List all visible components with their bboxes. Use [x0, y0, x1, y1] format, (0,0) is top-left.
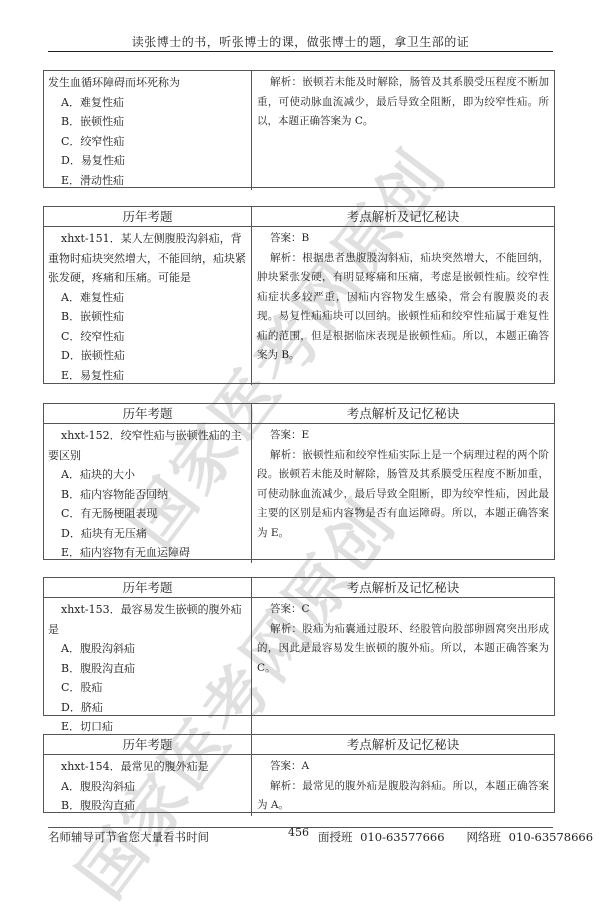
question-stem: xhxt-154．最常见的腹外疝是 — [48, 757, 247, 777]
answer-text: 答案：E — [257, 426, 549, 446]
option-d: D．疝块有无压痛 — [48, 524, 247, 544]
question-table-154: 历年考题 考点解析及记忆秘诀 xhxt-154．最常见的腹外疝是 A．腹股沟斜疝… — [43, 734, 555, 813]
page-header-slogan: 读张博士的书，听张博士的课，做张博士的题，拿卫生部的证 — [48, 33, 553, 50]
explanation-text: 解析：股疝为疝囊通过股环、经股管向股部卵圆窝突出形成的，因此是最容易发生嵌顿的腹… — [257, 620, 549, 679]
column-header-analysis: 考点解析及记忆秘诀 — [252, 404, 554, 424]
option-b: B．嵌顿性疝 — [48, 307, 247, 327]
explanation-text: 解析：嵌顿若未能及时解除，肠管及其系膜受压程度不断加重，可使动脉血流减少，最后导… — [257, 73, 549, 132]
analysis-cell: 解析：嵌顿若未能及时解除，肠管及其系膜受压程度不断加重，可使动脉血流减少，最后导… — [252, 71, 554, 190]
column-header-past-questions: 历年考题 — [44, 578, 252, 598]
option-a: A．腹股沟斜疝 — [48, 777, 247, 797]
question-stem: xhxt-151．某人左侧腹股沟斜疝，背重物时疝块突然增大，不能回纳，疝块紧张发… — [48, 229, 247, 288]
option-b: B．腹股沟直疝 — [48, 659, 247, 679]
option-d: D．脐疝 — [48, 698, 247, 718]
option-d: D．易复性疝 — [48, 151, 247, 171]
column-header-analysis: 考点解析及记忆秘诀 — [252, 578, 554, 598]
option-c: C．绞窄性疝 — [48, 132, 247, 152]
question-table-continued: 发生血循环障碍而坏死称为 A．难复性疝 B．嵌顿性疝 C．绞窄性疝 D．易复性疝… — [43, 70, 555, 188]
explanation-text: 解析：嵌顿性疝和绞窄性疝实际上是一个病理过程的两个阶段。嵌顿若未能及时解除，肠管… — [257, 446, 549, 544]
option-b: B．嵌顿性疝 — [48, 112, 247, 132]
column-header-analysis: 考点解析及记忆秘诀 — [252, 735, 554, 755]
answer-text: 答案：A — [257, 757, 549, 777]
question-table-151: 历年考题 考点解析及记忆秘诀 xhxt-151．某人左侧腹股沟斜疝，背重物时疝块… — [43, 206, 555, 384]
option-b: B．疝内容物能否回纳 — [48, 485, 247, 505]
question-cell: xhxt-154．最常见的腹外疝是 A．腹股沟斜疝 B．腹股沟直疝 — [44, 755, 252, 816]
column-header-past-questions: 历年考题 — [44, 207, 252, 227]
option-a: A．难复性疝 — [48, 93, 247, 113]
option-b: B．腹股沟直疝 — [48, 796, 247, 816]
question-table-153: 历年考题 考点解析及记忆秘诀 xhxt-153．最容易发生嵌顿的腹外疝是 A．腹… — [43, 577, 555, 716]
footer-contacts: 面授班 010-63577666网络班 010-63578666 — [318, 829, 593, 845]
question-stem: 发生血循环障碍而坏死称为 — [48, 73, 247, 93]
page-number: 456 — [288, 826, 309, 839]
analysis-cell: 答案：A 解析：最常见的腹外疝是腹股沟斜疝。所以，本题正确答案为 A。 — [252, 755, 554, 816]
header-divider — [48, 51, 553, 52]
option-e: E．疝内容物有无血运障碍 — [48, 543, 247, 563]
analysis-cell: 答案：E 解析：嵌顿性疝和绞窄性疝实际上是一个病理过程的两个阶段。嵌顿若未能及时… — [252, 424, 554, 563]
column-header-analysis: 考点解析及记忆秘诀 — [252, 207, 554, 227]
contact-inperson-class: 面授班 010-63577666 — [318, 830, 445, 844]
question-cell: xhxt-152．绞窄性疝与嵌顿性疝的主要区别 A．疝块的大小 B．疝内容物能否… — [44, 424, 252, 563]
answer-text: 答案：B — [257, 229, 549, 249]
option-c: C．绞窄性疝 — [48, 327, 247, 347]
explanation-text: 解析：根据患者患腹股沟斜疝，疝块突然增大，不能回纳，肿块紧张发硬，有明显疼痛和压… — [257, 249, 549, 366]
question-stem: xhxt-152．绞窄性疝与嵌顿性疝的主要区别 — [48, 426, 247, 465]
question-cell: xhxt-151．某人左侧腹股沟斜疝，背重物时疝块突然增大，不能回纳，疝块紧张发… — [44, 227, 252, 385]
option-a: A．腹股沟斜疝 — [48, 639, 247, 659]
option-c: C．股疝 — [48, 678, 247, 698]
question-table-152: 历年考题 考点解析及记忆秘诀 xhxt-152．绞窄性疝与嵌顿性疝的主要区别 A… — [43, 403, 555, 560]
analysis-cell: 答案：C 解析：股疝为疝囊通过股环、经股管向股部卵圆窝突出形成的，因此是最容易发… — [252, 598, 554, 737]
option-a: A．疝块的大小 — [48, 465, 247, 485]
question-stem: xhxt-153．最容易发生嵌顿的腹外疝是 — [48, 600, 247, 639]
question-cell: xhxt-153．最容易发生嵌顿的腹外疝是 A．腹股沟斜疝 B．腹股沟直疝 C．… — [44, 598, 252, 737]
column-header-past-questions: 历年考题 — [44, 404, 252, 424]
footer-tagline: 名师辅导可节省您大量看书时间 — [48, 829, 209, 845]
question-cell: 发生血循环障碍而坏死称为 A．难复性疝 B．嵌顿性疝 C．绞窄性疝 D．易复性疝… — [44, 71, 252, 190]
explanation-text: 解析：最常见的腹外疝是腹股沟斜疝。所以，本题正确答案为 A。 — [257, 777, 549, 816]
option-c: C．有无肠梗阻表现 — [48, 504, 247, 524]
answer-text: 答案：C — [257, 600, 549, 620]
option-a: A．难复性疝 — [48, 288, 247, 308]
option-e: E．易复性疝 — [48, 366, 247, 386]
option-e: E．滑动性疝 — [48, 171, 247, 191]
contact-online-class: 网络班 010-63578666 — [467, 830, 594, 844]
option-d: D．嵌顿性疝 — [48, 346, 247, 366]
column-header-past-questions: 历年考题 — [44, 735, 252, 755]
analysis-cell: 答案：B 解析：根据患者患腹股沟斜疝，疝块突然增大，不能回纳，肿块紧张发硬，有明… — [252, 227, 554, 385]
